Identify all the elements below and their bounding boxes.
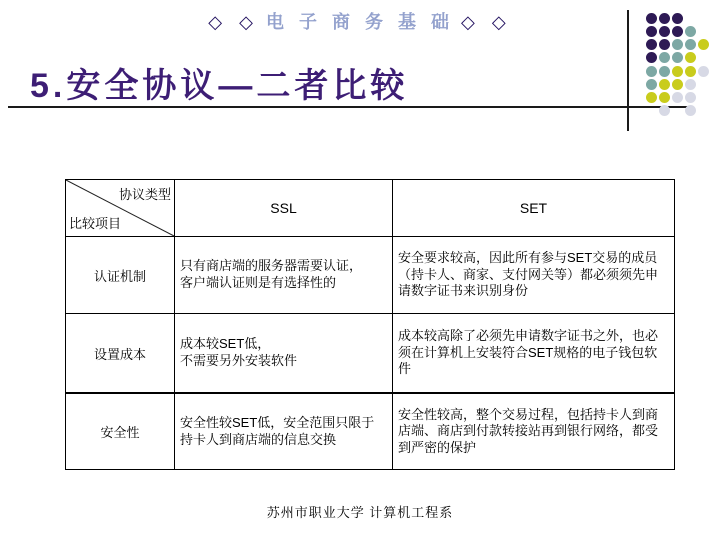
decorative-dot [646,26,657,37]
slide-header: ◇ ◇ 电 子 商 务 基 础 ◇ ◇ [0,8,720,34]
row-label-setup-cost: 设置成本 [66,314,175,394]
decorative-dot [685,105,696,116]
decorative-dot [672,79,683,90]
decorative-dot [685,52,696,63]
decorative-dot [659,13,670,24]
slide: ◇ ◇ 电 子 商 务 基 础 ◇ ◇ 5.安全协议—二者比较 协议类型 比较项… [0,0,720,540]
cell-security-ssl: 安全性较SET低，安全范围只限于持卡人到商店端的信息交换 [175,393,393,470]
title-underline [8,106,688,108]
decorative-dot [672,13,683,24]
decorative-dot [646,92,657,103]
decorative-dot [672,52,683,63]
course-title: 电 子 商 务 基 础 [266,12,454,32]
cell-auth-set: 安全要求较高，因此所有参与SET交易的成员（持卡人、商家、支付网关等）都必须须先… [393,237,675,314]
decorative-dot [685,39,696,50]
decorative-dot [659,79,670,90]
decorative-dot [659,52,670,63]
decorative-dot [646,66,657,77]
decorative-dot [659,39,670,50]
row-label-auth-mechanism: 认证机制 [66,237,175,314]
vertical-divider-line [627,10,629,131]
corner-header-cell: 协议类型 比较项目 [66,180,175,237]
decorative-dot [646,13,657,24]
decorative-dot [646,79,657,90]
row-label-security: 安全性 [66,393,175,470]
decorative-dot [685,66,696,77]
decorative-diamonds-right: ◇ ◇ [461,12,512,32]
decorative-dot [659,92,670,103]
table-row-security: 安全性 安全性较SET低，安全范围只限于持卡人到商店端的信息交换 安全性较高，整… [66,393,675,470]
corner-label-compare-item: 比较项目 [69,213,121,232]
decorative-dot [698,39,709,50]
decorative-dot [685,26,696,37]
footer-text: 苏州市职业大学 计算机工程系 [0,502,720,521]
page-title: 5.安全协议—二者比较 [30,58,408,107]
decorative-dot [672,92,683,103]
decorative-dot [672,39,683,50]
decorative-diamonds-left: ◇ ◇ [208,12,259,32]
decorative-dot [646,39,657,50]
decorative-dot [685,79,696,90]
decorative-dot [659,105,670,116]
table-row-setup-cost: 设置成本 成本较SET低， 不需要另外安装软件 成本较高除了必须先申请数字证书之… [66,314,675,394]
decorative-dot [659,26,670,37]
decorative-dot [646,52,657,63]
table-header-row: 协议类型 比较项目 SSL SET [66,180,675,237]
decorative-dot [672,66,683,77]
comparison-table: 协议类型 比较项目 SSL SET 认证机制 只有商店端的服务器需要认证， 客户… [65,179,675,470]
cell-security-set: 安全性较高，整个交易过程，包括持卡人到商店端、商店到付款转接站再到银行网络，都受… [393,393,675,470]
table-row-auth-mechanism: 认证机制 只有商店端的服务器需要认证， 客户端认证则是有选择性的 安全要求较高，… [66,237,675,314]
cell-cost-ssl: 成本较SET低， 不需要另外安装软件 [175,314,393,394]
decorative-dot [672,26,683,37]
cell-cost-set: 成本较高除了必须先申请数字证书之外，也必须在计算机上安装符合SET规格的电子钱包… [393,314,675,394]
cell-auth-ssl: 只有商店端的服务器需要认证， 客户端认证则是有选择性的 [175,237,393,314]
column-header-set: SET [393,180,675,237]
column-header-ssl: SSL [175,180,393,237]
corner-label-protocol-type: 协议类型 [119,184,171,203]
decorative-dot [698,66,709,77]
decorative-dot [659,66,670,77]
decorative-dot [685,92,696,103]
